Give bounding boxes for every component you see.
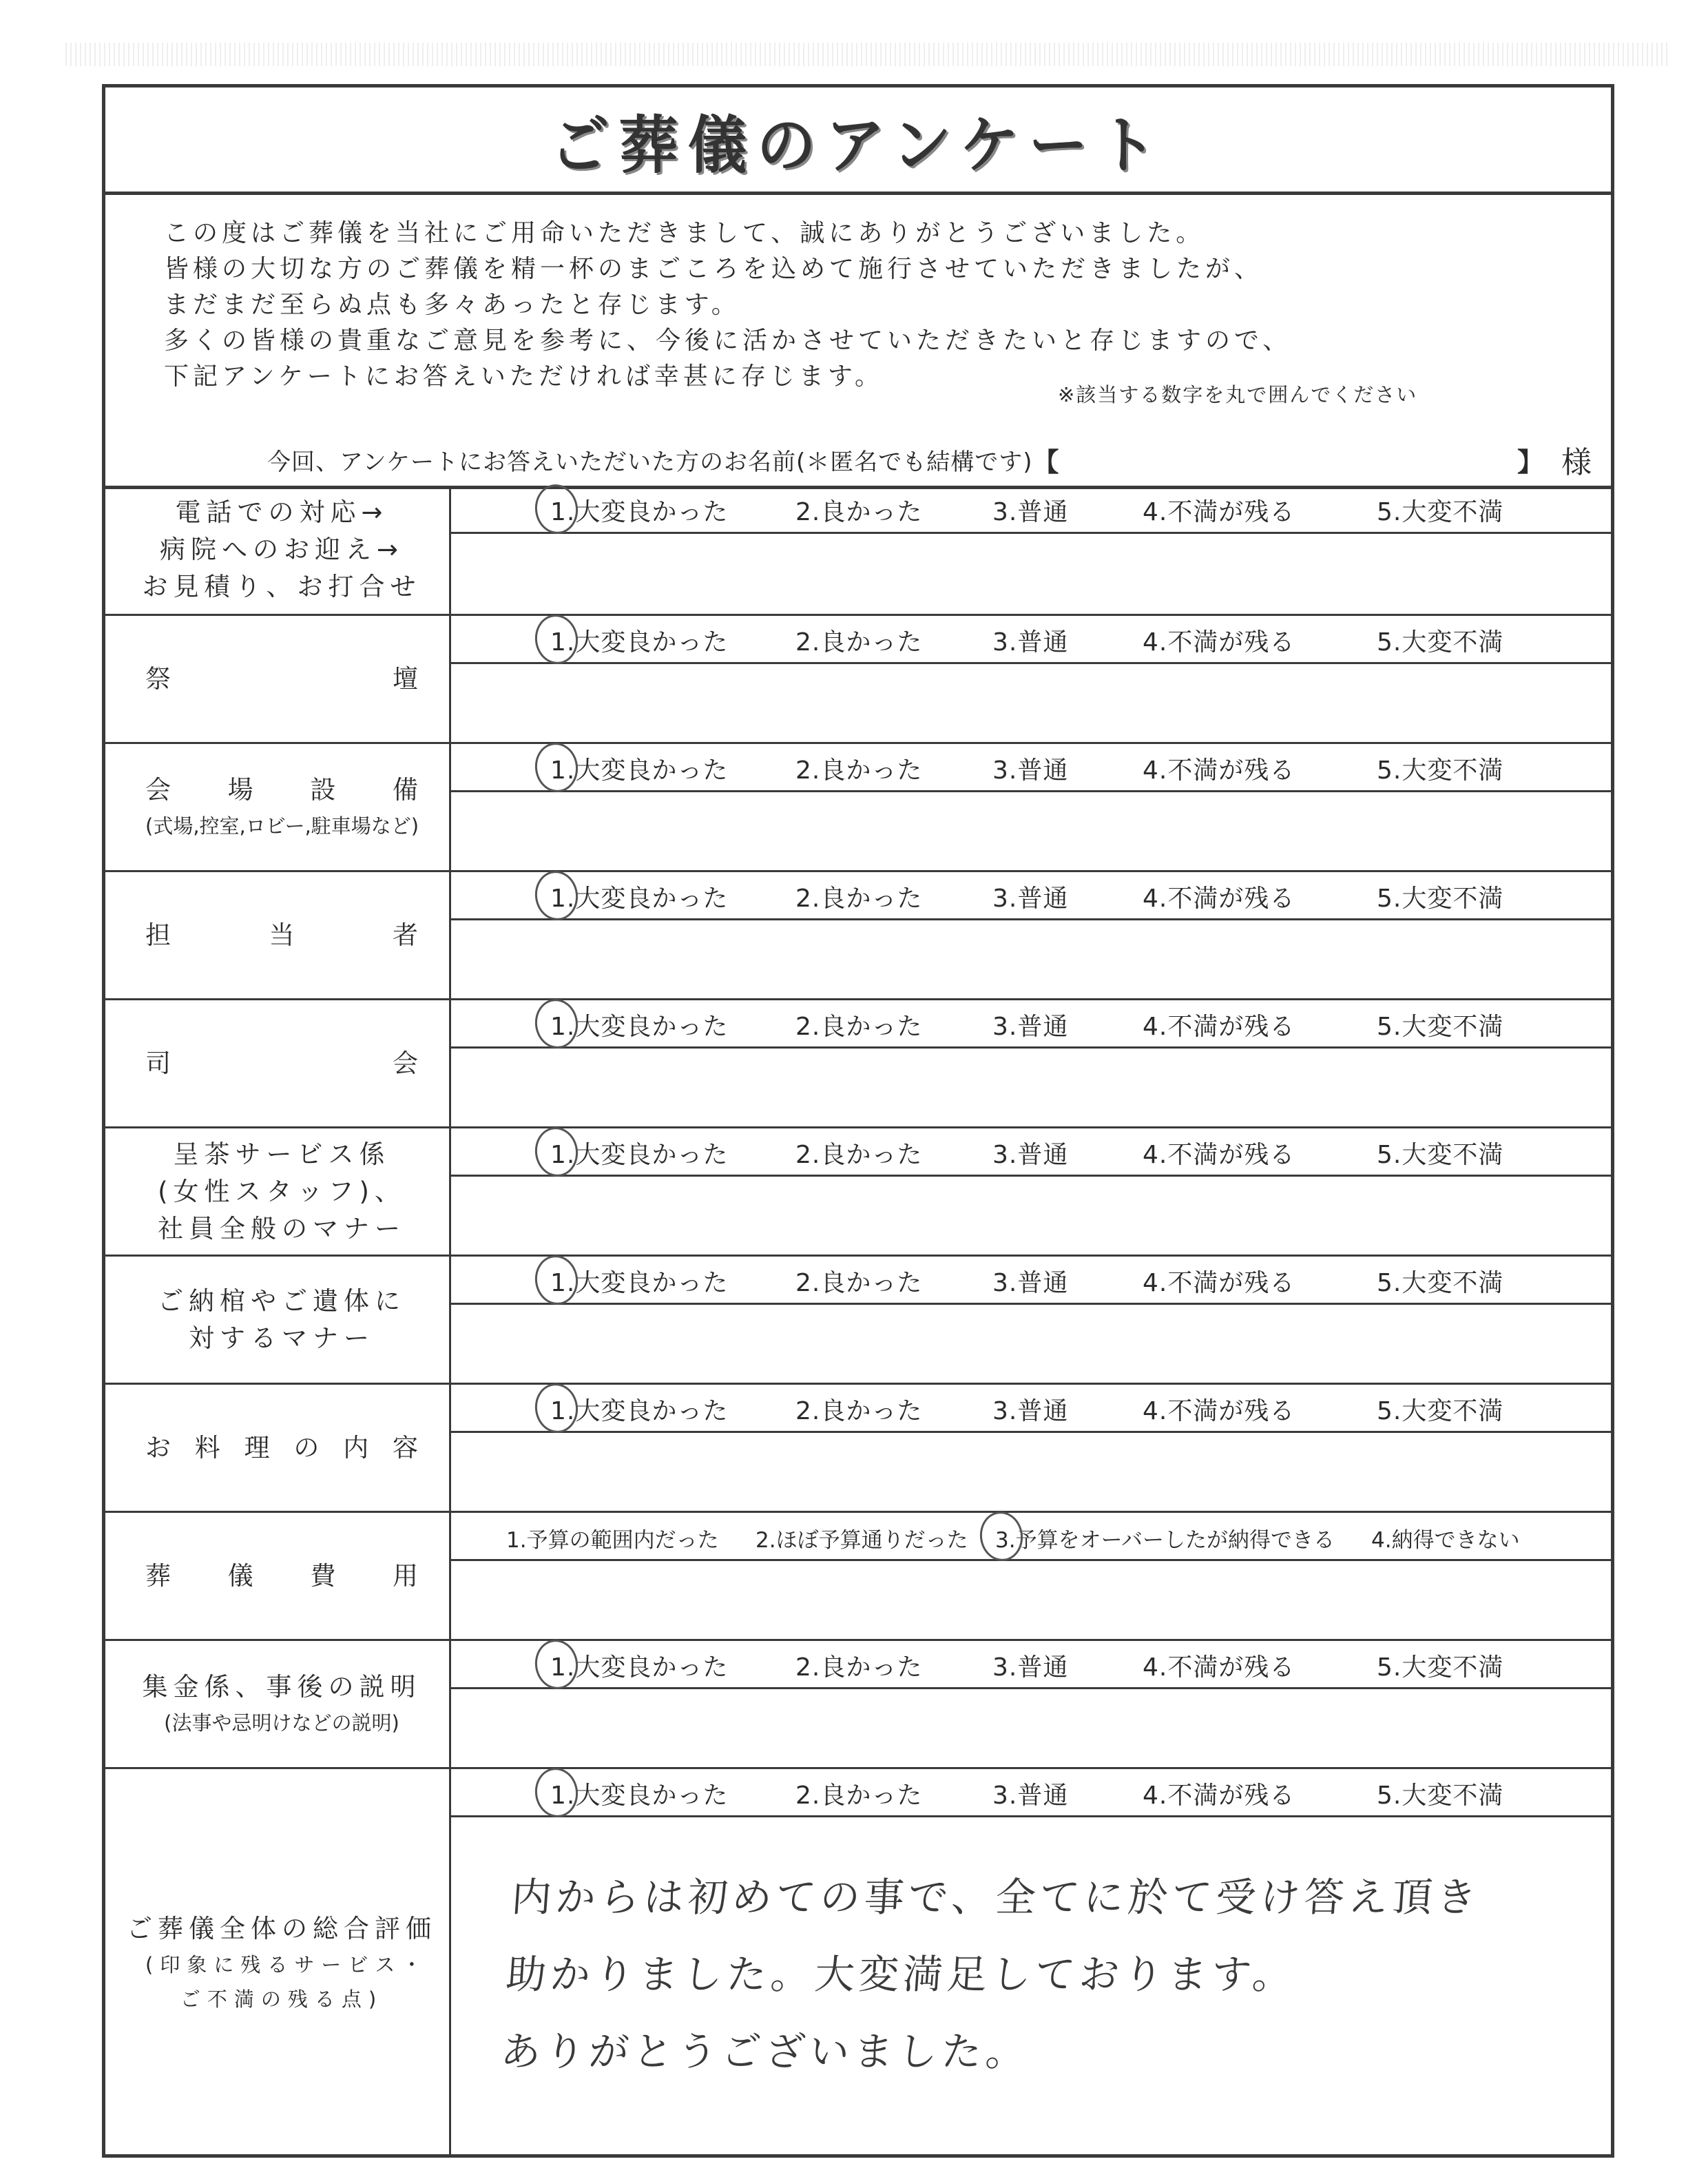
options-line: 1.大変良かった2.良かった3.普通4.不満が残る5.大変不満	[451, 1641, 1611, 1689]
comment-area[interactable]	[451, 1305, 1611, 1383]
question-label-char: 用	[393, 1558, 418, 1595]
selected-circle-mark	[532, 996, 581, 1051]
comment-area[interactable]	[451, 1689, 1611, 1767]
answer-option[interactable]: 2.良かった	[795, 1135, 922, 1170]
question-label-cell: 司会	[105, 1000, 451, 1126]
question-sublabel: (印象に残るサービス・	[145, 1948, 418, 1982]
answer-option[interactable]: 3.普通	[992, 623, 1068, 658]
answer-option[interactable]: 5.大変不満	[1377, 623, 1503, 658]
answer-option[interactable]: 4.不満が残る	[1143, 751, 1295, 786]
selected-circle-mark	[532, 1637, 581, 1692]
question-label: 社員全般のマナー	[145, 1210, 418, 1248]
question-label: 葬儀費用	[145, 1558, 418, 1595]
answer-option[interactable]: 3.普通	[992, 1263, 1068, 1299]
selected-circle-mark	[532, 1124, 581, 1179]
comment-area[interactable]	[451, 1177, 1611, 1255]
answer-option[interactable]: 5.大変不満	[1377, 1648, 1503, 1683]
selected-circle-mark	[532, 612, 581, 667]
respondent-name-input[interactable]	[1063, 444, 1513, 475]
question-label-cell: 電話での対応→病院へのお迎え→お見積り、お打合せ	[105, 486, 451, 614]
answer-option[interactable]: 3.普通	[992, 493, 1068, 528]
answer-option[interactable]: 2.良かった	[795, 751, 922, 786]
options-line: 1.大変良かった2.良かった3.普通4.不満が残る5.大変不満	[451, 616, 1611, 664]
question-label-char: 当	[269, 917, 295, 954]
selected-circle-mark	[977, 1509, 1025, 1564]
question-label-char: 内	[343, 1429, 368, 1467]
scan-noise	[65, 43, 1670, 66]
options-line: 1.大変良かった2.良かった3.普通4.不満が残る5.大変不満	[451, 1769, 1611, 1817]
question-row: 司会1.大変良かった2.良かった3.普通4.不満が残る5.大変不満	[105, 998, 1611, 1126]
answer-option[interactable]: 4.不満が残る	[1143, 1263, 1295, 1299]
question-label: 祭壇	[145, 661, 418, 698]
comment-area[interactable]	[451, 792, 1611, 870]
question-label-char: 壇	[393, 661, 418, 698]
question-label-char: 者	[393, 917, 418, 954]
answer-option[interactable]: 5.大変不満	[1377, 1135, 1503, 1170]
options-line: 1.大変良かった2.良かった3.普通4.不満が残る5.大変不満	[451, 1257, 1611, 1305]
intro-line: 多くの皆様の貴重なご意見を参考に、今後に活かさせていただきたいと存じますので、	[164, 323, 1291, 359]
answer-option[interactable]: 5.大変不満	[1377, 1392, 1503, 1427]
selected-circle-mark	[532, 868, 581, 923]
question-row: 呈茶サービス係(女性スタッフ)、社員全般のマナー1.大変良かった2.良かった3.…	[105, 1126, 1611, 1255]
intro-text: この度はご葬儀を当社にご用命いただきまして、誠にありがとうございました。 皆様の…	[164, 216, 1291, 395]
question-row: お料理の内容1.大変良かった2.良かった3.普通4.不満が残る5.大変不満	[105, 1383, 1611, 1511]
question-label: 担当者	[145, 917, 418, 954]
honorific-suffix: 様	[1561, 437, 1592, 482]
question-label-char: 設	[310, 772, 335, 809]
question-label-char: 費	[310, 1558, 335, 1595]
options-line: 1.大変良かった2.良かった3.普通4.不満が残る5.大変不満	[451, 1128, 1611, 1177]
answer-option[interactable]: 4.不満が残る	[1143, 1392, 1295, 1427]
question-label-char: 理	[244, 1429, 270, 1467]
question-row: 祭壇1.大変良かった2.良かった3.普通4.不満が残る5.大変不満	[105, 614, 1611, 742]
question-label-char: お	[145, 1429, 171, 1467]
question-label-char: 備	[393, 772, 418, 809]
question-label-char: 祭	[145, 661, 171, 698]
comment-area[interactable]: 内からは初めての事で、全てに於て受け答え頂き助かりました。大変満足しております。…	[451, 1817, 1611, 2158]
intro-line: まだまだ至らぬ点も多々あったと存じます。	[164, 287, 1291, 323]
question-row: 会場設備(式場,控室,ロビー,駐車場など)1.大変良かった2.良かった3.普通4…	[105, 742, 1611, 870]
answer-option[interactable]: 2.良かった	[795, 1392, 922, 1427]
comment-area[interactable]	[451, 664, 1611, 742]
answer-option[interactable]: 2.良かった	[795, 623, 922, 658]
answer-option[interactable]: 3.普通	[992, 1135, 1068, 1170]
answer-option[interactable]: 2.良かった	[795, 1007, 922, 1042]
question-label: お見積り、お打合せ	[145, 568, 418, 606]
question-row: 担当者1.大変良かった2.良かった3.普通4.不満が残る5.大変不満	[105, 870, 1611, 998]
options-line: 1.大変良かった2.良かった3.普通4.不満が残る5.大変不満	[451, 1385, 1611, 1433]
comment-area[interactable]	[451, 1433, 1611, 1511]
question-sublabel: ご不満の残る点)	[145, 1982, 418, 2016]
answer-option[interactable]: 3.予算をオーバーしたが納得できる	[995, 1522, 1335, 1553]
answer-option[interactable]: 5.大変不満	[1377, 1776, 1503, 1811]
instruction-note: ※該当する数字を丸で囲んでください	[1058, 380, 1417, 408]
options-line: 1.大変良かった2.良かった3.普通4.不満が残る5.大変不満	[451, 872, 1611, 920]
question-label-char: の	[293, 1429, 319, 1467]
question-label-char: 司	[145, 1045, 171, 1082]
question-label: 呈茶サービス係	[145, 1136, 418, 1173]
question-label-cell: ご納棺やご遺体に対するマナー	[105, 1257, 451, 1383]
intro-line: 皆様の大切な方のご葬儀を精一杯のまごころを込めて施行させていただきましたが、	[164, 251, 1291, 287]
question-row: ご納棺やご遺体に対するマナー1.大変良かった2.良かった3.普通4.不満が残る5…	[105, 1255, 1611, 1383]
question-row: ご葬儀全体の総合評価(印象に残るサービス・ご不満の残る点)1.大変良かった2.良…	[105, 1767, 1611, 2158]
answer-option[interactable]: 2.ほぼ予算通りだった	[756, 1522, 968, 1553]
answer-option[interactable]: 4.納得できない	[1371, 1522, 1520, 1553]
question-label: 会場設備	[145, 772, 418, 809]
options-line: 1.大変良かった2.良かった3.普通4.不満が残る5.大変不満	[451, 744, 1611, 792]
question-sublabel: (法事や忌明けなどの説明)	[145, 1706, 418, 1740]
answer-option[interactable]: 3.普通	[992, 1392, 1068, 1427]
comment-area[interactable]	[451, 1049, 1611, 1126]
respondent-name-label: 今回、アンケートにお答えいただいた方のお名前(＊匿名でも結構です)	[267, 443, 1033, 477]
question-label-cell: 会場設備(式場,控室,ロビー,駐車場など)	[105, 744, 451, 870]
answer-option[interactable]: 5.大変不満	[1377, 879, 1503, 914]
question-label: お料理の内容	[145, 1429, 418, 1467]
question-label-char: 担	[145, 917, 171, 954]
question-label-cell: お料理の内容	[105, 1385, 451, 1511]
title-box: ご葬儀のアンケート	[105, 87, 1611, 195]
answer-option[interactable]: 3.普通	[992, 751, 1068, 786]
question-row: 集金係、事後の説明(法事や忌明けなどの説明)1.大変良かった2.良かった3.普通…	[105, 1639, 1611, 1767]
answer-option[interactable]: 4.不満が残る	[1143, 493, 1295, 528]
answer-option[interactable]: 4.不満が残る	[1143, 1776, 1295, 1811]
options-line: 1.大変良かった2.良かった3.普通4.不満が残る5.大変不満	[451, 1000, 1611, 1049]
answer-option[interactable]: 4.不満が残る	[1143, 879, 1295, 914]
answer-option[interactable]: 5.大変不満	[1377, 1263, 1503, 1299]
answer-option[interactable]: 4.不満が残る	[1143, 1007, 1295, 1042]
answer-option[interactable]: 2.良かった	[795, 1776, 922, 1811]
handwritten-line: 内からは初めての事で、全てに於て受け答え頂き	[509, 1859, 1483, 1936]
question-row: 葬儀費用1.予算の範囲内だった2.ほぼ予算通りだった3.予算をオーバーしたが納得…	[105, 1511, 1611, 1639]
question-label-char: 会	[145, 772, 171, 809]
answer-option[interactable]: 5.大変不満	[1377, 751, 1503, 786]
selected-circle-mark	[532, 740, 581, 795]
question-label-char: 場	[228, 772, 253, 809]
answer-option[interactable]: 4.不満が残る	[1143, 1135, 1295, 1170]
answer-option[interactable]: 5.大変不満	[1377, 1007, 1503, 1042]
answer-option[interactable]: 4.不満が残る	[1143, 1648, 1295, 1683]
question-table: 電話での対応→病院へのお迎え→お見積り、お打合せ1.大変良かった2.良かった3.…	[105, 486, 1611, 2154]
question-label-cell: 集金係、事後の説明(法事や忌明けなどの説明)	[105, 1641, 451, 1767]
answer-option[interactable]: 3.普通	[992, 1007, 1068, 1042]
answer-option[interactable]: 4.不満が残る	[1143, 623, 1295, 658]
question-label: 電話での対応→	[145, 494, 418, 531]
answer-option[interactable]: 3.普通	[992, 879, 1068, 914]
question-label-char: 儀	[228, 1558, 253, 1595]
question-label-cell: 祭壇	[105, 616, 451, 742]
intro-section: この度はご葬儀を当社にご用命いただきまして、誠にありがとうございました。 皆様の…	[105, 195, 1611, 489]
question-label-char: 料	[195, 1429, 220, 1467]
selected-circle-mark	[532, 1252, 581, 1308]
handwritten-comment: 内からは初めての事で、全てに於て受け答え頂き助かりました。大変満足しております。…	[498, 1859, 1483, 2090]
question-sublabel: (式場,控室,ロビー,駐車場など)	[145, 809, 418, 843]
answer-option[interactable]: 3.普通	[992, 1776, 1068, 1811]
question-label-cell: 担当者	[105, 872, 451, 998]
answer-option[interactable]: 1.予算の範囲内だった	[506, 1522, 719, 1553]
question-label: 病院へのお迎え→	[145, 531, 418, 568]
handwritten-line: 助かりました。大変満足しております。	[503, 1936, 1478, 2013]
options-line: 1.予算の範囲内だった2.ほぼ予算通りだった3.予算をオーバーしたが納得できる4…	[451, 1513, 1611, 1561]
answer-option[interactable]: 2.良かった	[795, 493, 922, 528]
question-row: 電話での対応→病院へのお迎え→お見積り、お打合せ1.大変良かった2.良かった3.…	[105, 486, 1611, 614]
selected-circle-mark	[532, 482, 581, 537]
comment-area[interactable]	[451, 920, 1611, 998]
handwritten-line: ありがとうございました。	[498, 2013, 1472, 2090]
question-label: (女性スタッフ)、	[145, 1173, 418, 1210]
question-label-char: 会	[393, 1045, 418, 1082]
question-label: ご納棺やご遺体に	[145, 1283, 418, 1320]
comment-area[interactable]	[451, 1561, 1611, 1639]
question-label: ご葬儀全体の総合評価	[145, 1910, 418, 1948]
close-bracket: 】	[1517, 441, 1543, 479]
respondent-name-row: 今回、アンケートにお答えいただいた方のお名前(＊匿名でも結構です) 【 】 様	[267, 437, 1592, 482]
question-label-cell: 葬儀費用	[105, 1513, 451, 1639]
answer-option[interactable]: 2.良かった	[795, 1263, 922, 1299]
comment-area[interactable]	[451, 534, 1611, 614]
question-label: 司会	[145, 1045, 418, 1082]
question-label-char: 容	[393, 1429, 418, 1467]
question-label-cell: ご葬儀全体の総合評価(印象に残るサービス・ご不満の残る点)	[105, 1769, 451, 2158]
selected-circle-mark	[532, 1765, 581, 1820]
answer-option[interactable]: 2.良かった	[795, 1648, 922, 1683]
form-title: ご葬儀のアンケート	[550, 94, 1167, 184]
survey-form: ご葬儀のアンケート この度はご葬儀を当社にご用命いただきまして、誠にありがとうご…	[102, 84, 1614, 2158]
selected-circle-mark	[532, 1381, 581, 1436]
open-bracket: 【	[1033, 441, 1059, 479]
intro-line: この度はご葬儀を当社にご用命いただきまして、誠にありがとうございました。	[164, 216, 1291, 251]
answer-option[interactable]: 5.大変不満	[1377, 493, 1503, 528]
question-label: 対するマナー	[145, 1320, 418, 1357]
options-line: 1.大変良かった2.良かった3.普通4.不満が残る5.大変不満	[451, 486, 1611, 534]
question-label: 集金係、事後の説明	[145, 1669, 418, 1706]
question-label-char: 葬	[145, 1558, 171, 1595]
question-label-cell: 呈茶サービス係(女性スタッフ)、社員全般のマナー	[105, 1128, 451, 1255]
answer-option[interactable]: 2.良かった	[795, 879, 922, 914]
answer-option[interactable]: 3.普通	[992, 1648, 1068, 1683]
